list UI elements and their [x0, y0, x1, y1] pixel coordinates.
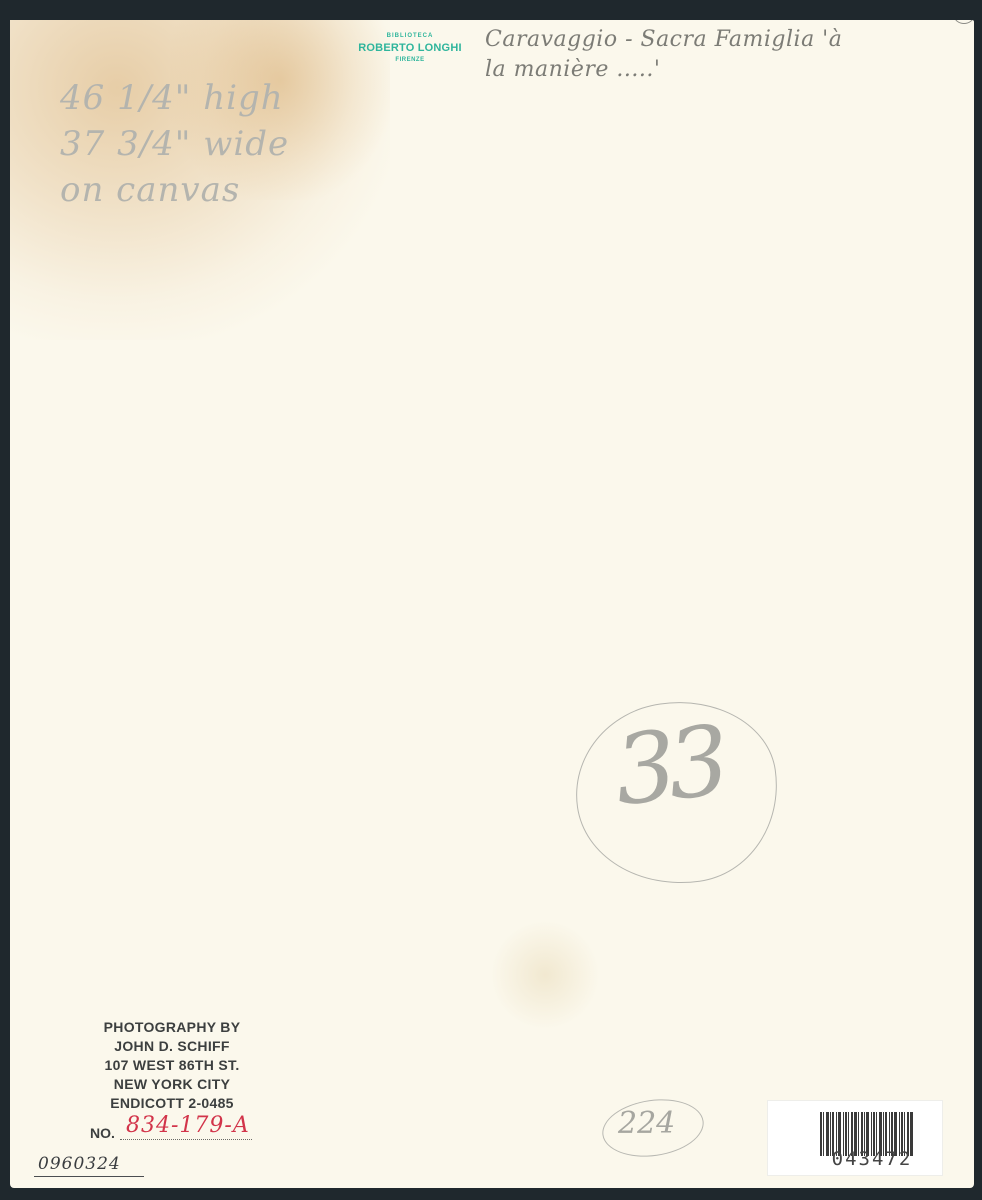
- inventory-number: 0960324: [38, 1154, 121, 1174]
- corner-circled-number: 11: [954, 20, 974, 24]
- library-stamp-line2: ROBERTO LONGHI: [348, 43, 472, 54]
- library-stamp-line1: BIBLIOTECA: [348, 33, 472, 39]
- title-line1: Caravaggio - Sacra Famiglia 'à: [485, 25, 842, 55]
- photographer-line: JOHN D. SCHIFF: [72, 1037, 272, 1056]
- photo-number: 834-179-A: [126, 1113, 250, 1138]
- library-stamp-line3: FIRENZE: [348, 57, 472, 63]
- barcode-label: 043472: [767, 1100, 943, 1176]
- dimensions-width: 37 3/4" wide: [60, 121, 289, 167]
- no-underline: [120, 1139, 252, 1140]
- photographer-line: ENDICOTT 2-0485: [72, 1094, 272, 1113]
- photo-number-row: NO. 834-179-A: [80, 1119, 320, 1145]
- dimensions-medium: on canvas: [60, 167, 289, 213]
- handwritten-dimensions: 46 1/4" high 37 3/4" wide on canvas: [60, 75, 289, 213]
- paper-residue: [490, 920, 600, 1030]
- photographer-stamp: PHOTOGRAPHY BY JOHN D. SCHIFF 107 WEST 8…: [72, 1018, 272, 1113]
- inventory-underline: [34, 1176, 144, 1177]
- circled-small-number: 224: [618, 1106, 675, 1141]
- photographer-line: NEW YORK CITY: [72, 1075, 272, 1094]
- dimensions-height: 46 1/4" high: [60, 75, 289, 121]
- circled-number: 33: [609, 705, 726, 827]
- title-line2: la manière .....': [485, 55, 842, 85]
- no-label: NO.: [90, 1125, 115, 1141]
- photographer-line: PHOTOGRAPHY BY: [72, 1018, 272, 1037]
- photo-verso-paper: BIBLIOTECA ROBERTO LONGHI FIRENZE Carava…: [10, 20, 974, 1188]
- barcode-number: 043472: [820, 1148, 924, 1170]
- library-stamp: BIBLIOTECA ROBERTO LONGHI FIRENZE: [348, 33, 472, 63]
- photographer-line: 107 WEST 86TH ST.: [72, 1056, 272, 1075]
- handwritten-title: Caravaggio - Sacra Famiglia 'à la manièr…: [485, 25, 842, 85]
